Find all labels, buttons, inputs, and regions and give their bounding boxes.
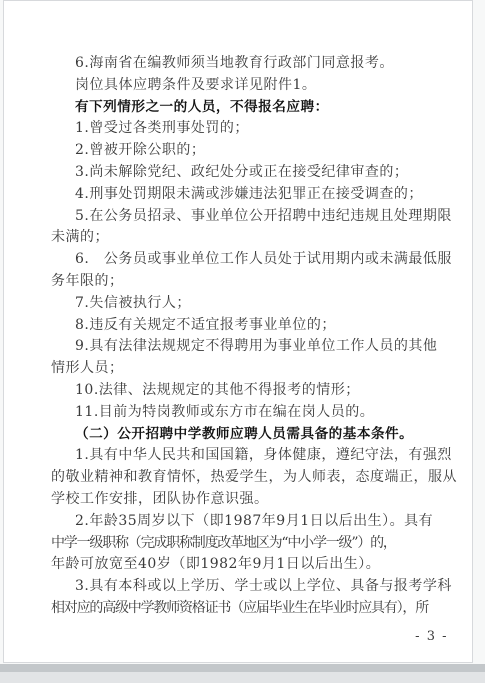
text-line: 3.尚未解除党纪、政纪处分或正在接受纪律审查的； <box>51 162 451 184</box>
text-line: 相对应的高级中学教师资格证书（应届毕业生在毕业时应具有），所 <box>51 598 451 620</box>
page-number: - 3 - <box>415 629 448 644</box>
text-line: 1.曾受过各类刑事处罚的； <box>51 118 451 140</box>
text-line: 5.在公务员招录、事业单位公开招聘中违纪违规且处理期限 <box>51 206 451 228</box>
text-line: 6. 公务员或事业单位工作人员处于试用期内或未满最低服 <box>51 249 451 271</box>
text-line: 1.具有中华人民共和国国籍，身体健康，遵纪守法，有强烈 <box>51 445 451 467</box>
text-line: 年龄可放宽至40岁（即1982年9月1日以后出生）。 <box>51 554 451 576</box>
background-strip <box>0 672 485 683</box>
page-bottom-shadow <box>0 664 485 672</box>
document-page: 6.海南省在编教师须当地教育行政部门同意报考。岗位具体应聘条件及要求详见附件1。… <box>3 0 473 663</box>
text-line: 中学一级职称（完成职称制度改革地区为“中小学一级”）的， <box>51 533 451 555</box>
text-line: 8.违反有关规定不适宜报考事业单位的； <box>51 315 451 337</box>
text-line: 10.法律、法规规定的其他不得报考的情形； <box>51 380 451 402</box>
text-line: 3.具有本科或以上学历、学士或以上学位、具备与报考学科 <box>51 576 451 598</box>
text-line: 务年限的； <box>51 271 451 293</box>
text-line: 学校工作安排，团队协作意识强。 <box>51 489 451 511</box>
text-line: 有下列情形之一的人员，不得报名应聘： <box>51 97 451 119</box>
text-lines: 6.海南省在编教师须当地教育行政部门同意报考。岗位具体应聘条件及要求详见附件1。… <box>51 53 451 620</box>
text-line: 2.曾被开除公职的； <box>51 140 451 162</box>
text-line: 2.年龄35周岁以下（即1987年9月1日以后出生）。具有 <box>51 511 451 533</box>
text-line: 情形人员； <box>51 358 451 380</box>
text-line: 6.海南省在编教师须当地教育行政部门同意报考。 <box>51 53 451 75</box>
document-viewport: 6.海南省在编教师须当地教育行政部门同意报考。岗位具体应聘条件及要求详见附件1。… <box>0 0 485 683</box>
text-line: 11.目前为特岗教师或东方市在编在岗人员的。 <box>51 402 451 424</box>
text-line: 岗位具体应聘条件及要求详见附件1。 <box>51 75 451 97</box>
text-line: 未满的； <box>51 227 451 249</box>
text-line: 的敬业精神和教育情怀，热爱学生，为人师表，态度端正，服从 <box>51 467 451 489</box>
text-line: 7.失信被执行人； <box>51 293 451 315</box>
text-line: （二）公开招聘中学教师应聘人员需具备的基本条件。 <box>51 424 451 446</box>
text-line: 9.具有法律法规规定不得聘用为事业单位工作人员的其他 <box>51 336 451 358</box>
text-line: 4.刑事处罚期限未满或涉嫌违法犯罪正在接受调查的； <box>51 184 451 206</box>
